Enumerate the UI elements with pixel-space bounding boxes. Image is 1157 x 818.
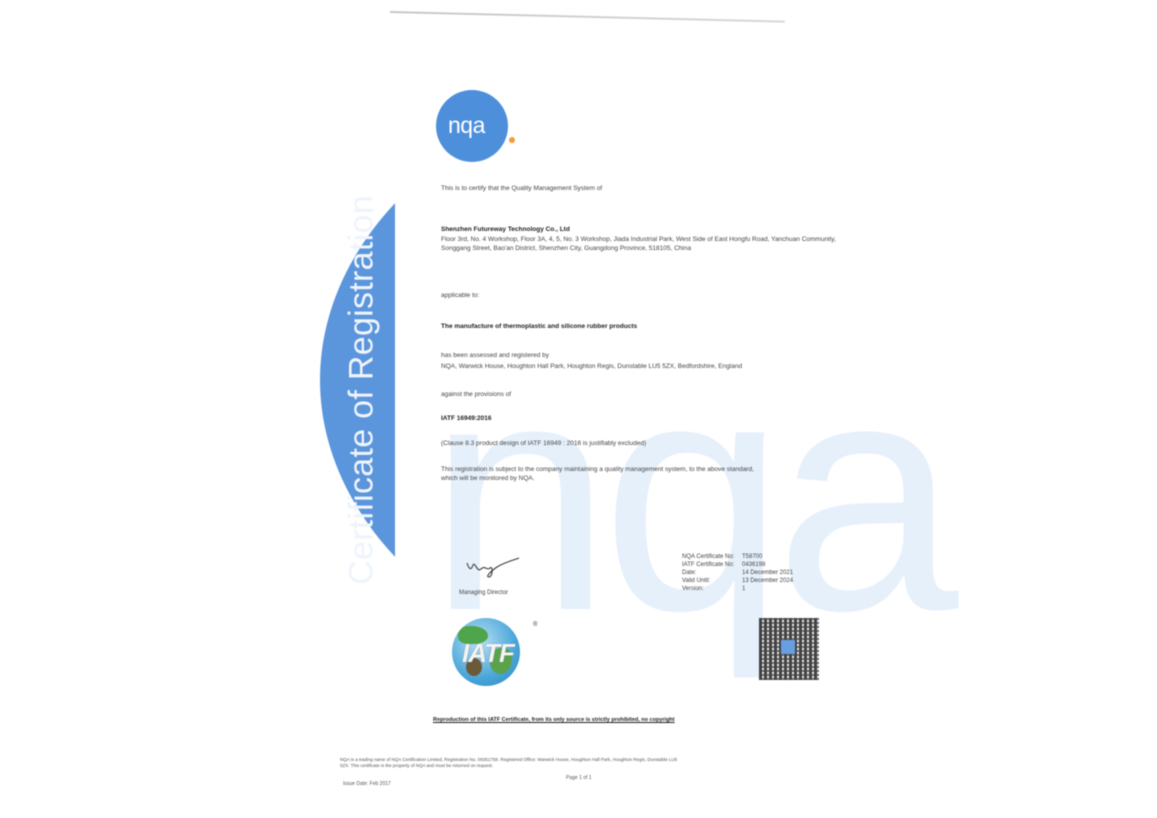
applicable-label: applicable to: — [441, 292, 479, 301]
qr-center-logo — [781, 640, 795, 654]
banner-title: Certificate of Registration — [343, 195, 382, 585]
detail-row: Version:1 — [682, 586, 793, 594]
iatf-globe-logo: IATF — [452, 618, 520, 686]
qr-code-icon — [759, 618, 819, 680]
company-address: Floor 3rd, No. 4 Workshop, Floor 3A, 4, … — [441, 236, 836, 254]
detail-row: NQA Certificate No:T58700 — [682, 554, 793, 562]
exclusion-note: (Clause 8.3 product design of IATF 16949… — [441, 440, 646, 449]
nqa-watermark: nqa — [428, 330, 949, 660]
signature — [463, 555, 523, 581]
standard-name: IATF 16949:2016 — [441, 415, 491, 424]
company-name: Shenzhen Futureway Technology Co., Ltd — [441, 226, 570, 235]
scope-text: The manufacture of thermoplastic and sil… — [441, 323, 637, 332]
assessed-label: has been assessed and registered by — [441, 352, 549, 361]
issue-date: Issue Date: Feb 2017 — [343, 781, 391, 787]
reproduction-notice: Reproduction of this IATF Certificate, f… — [433, 717, 675, 723]
assessor-address: NQA, Warwick House, Houghton Hall Park, … — [441, 363, 742, 372]
legal-text: NQA is a trading name of NQA Certificati… — [340, 757, 680, 768]
paper-edge — [390, 11, 785, 23]
registration-statement: This registration is subject to the comp… — [441, 466, 771, 484]
detail-row: IATF Certificate No:0436198 — [682, 562, 793, 570]
nqa-logo-text: nqa — [448, 112, 485, 139]
registered-mark-icon: ® — [533, 622, 537, 628]
iatf-logo-text: IATF — [462, 638, 514, 669]
signature-label: Managing Director — [459, 590, 508, 596]
intro-text: This is to certify that the Quality Mana… — [441, 185, 602, 194]
logo-dot-icon — [509, 137, 515, 143]
side-banner: Certificate of Registration — [320, 60, 395, 700]
nqa-logo: nqa — [436, 90, 508, 162]
certificate-details: NQA Certificate No:T58700 IATF Certifica… — [682, 554, 793, 594]
detail-row: Date:14 December 2021 — [682, 570, 793, 578]
provisions-label: against the provisions of — [441, 391, 511, 400]
page-indicator: Page 1 of 1 — [566, 775, 592, 781]
certificate-document: Certificate of Registration nqa nqa This… — [318, 30, 848, 810]
detail-row: Valid Until:13 December 2024 — [682, 578, 793, 586]
